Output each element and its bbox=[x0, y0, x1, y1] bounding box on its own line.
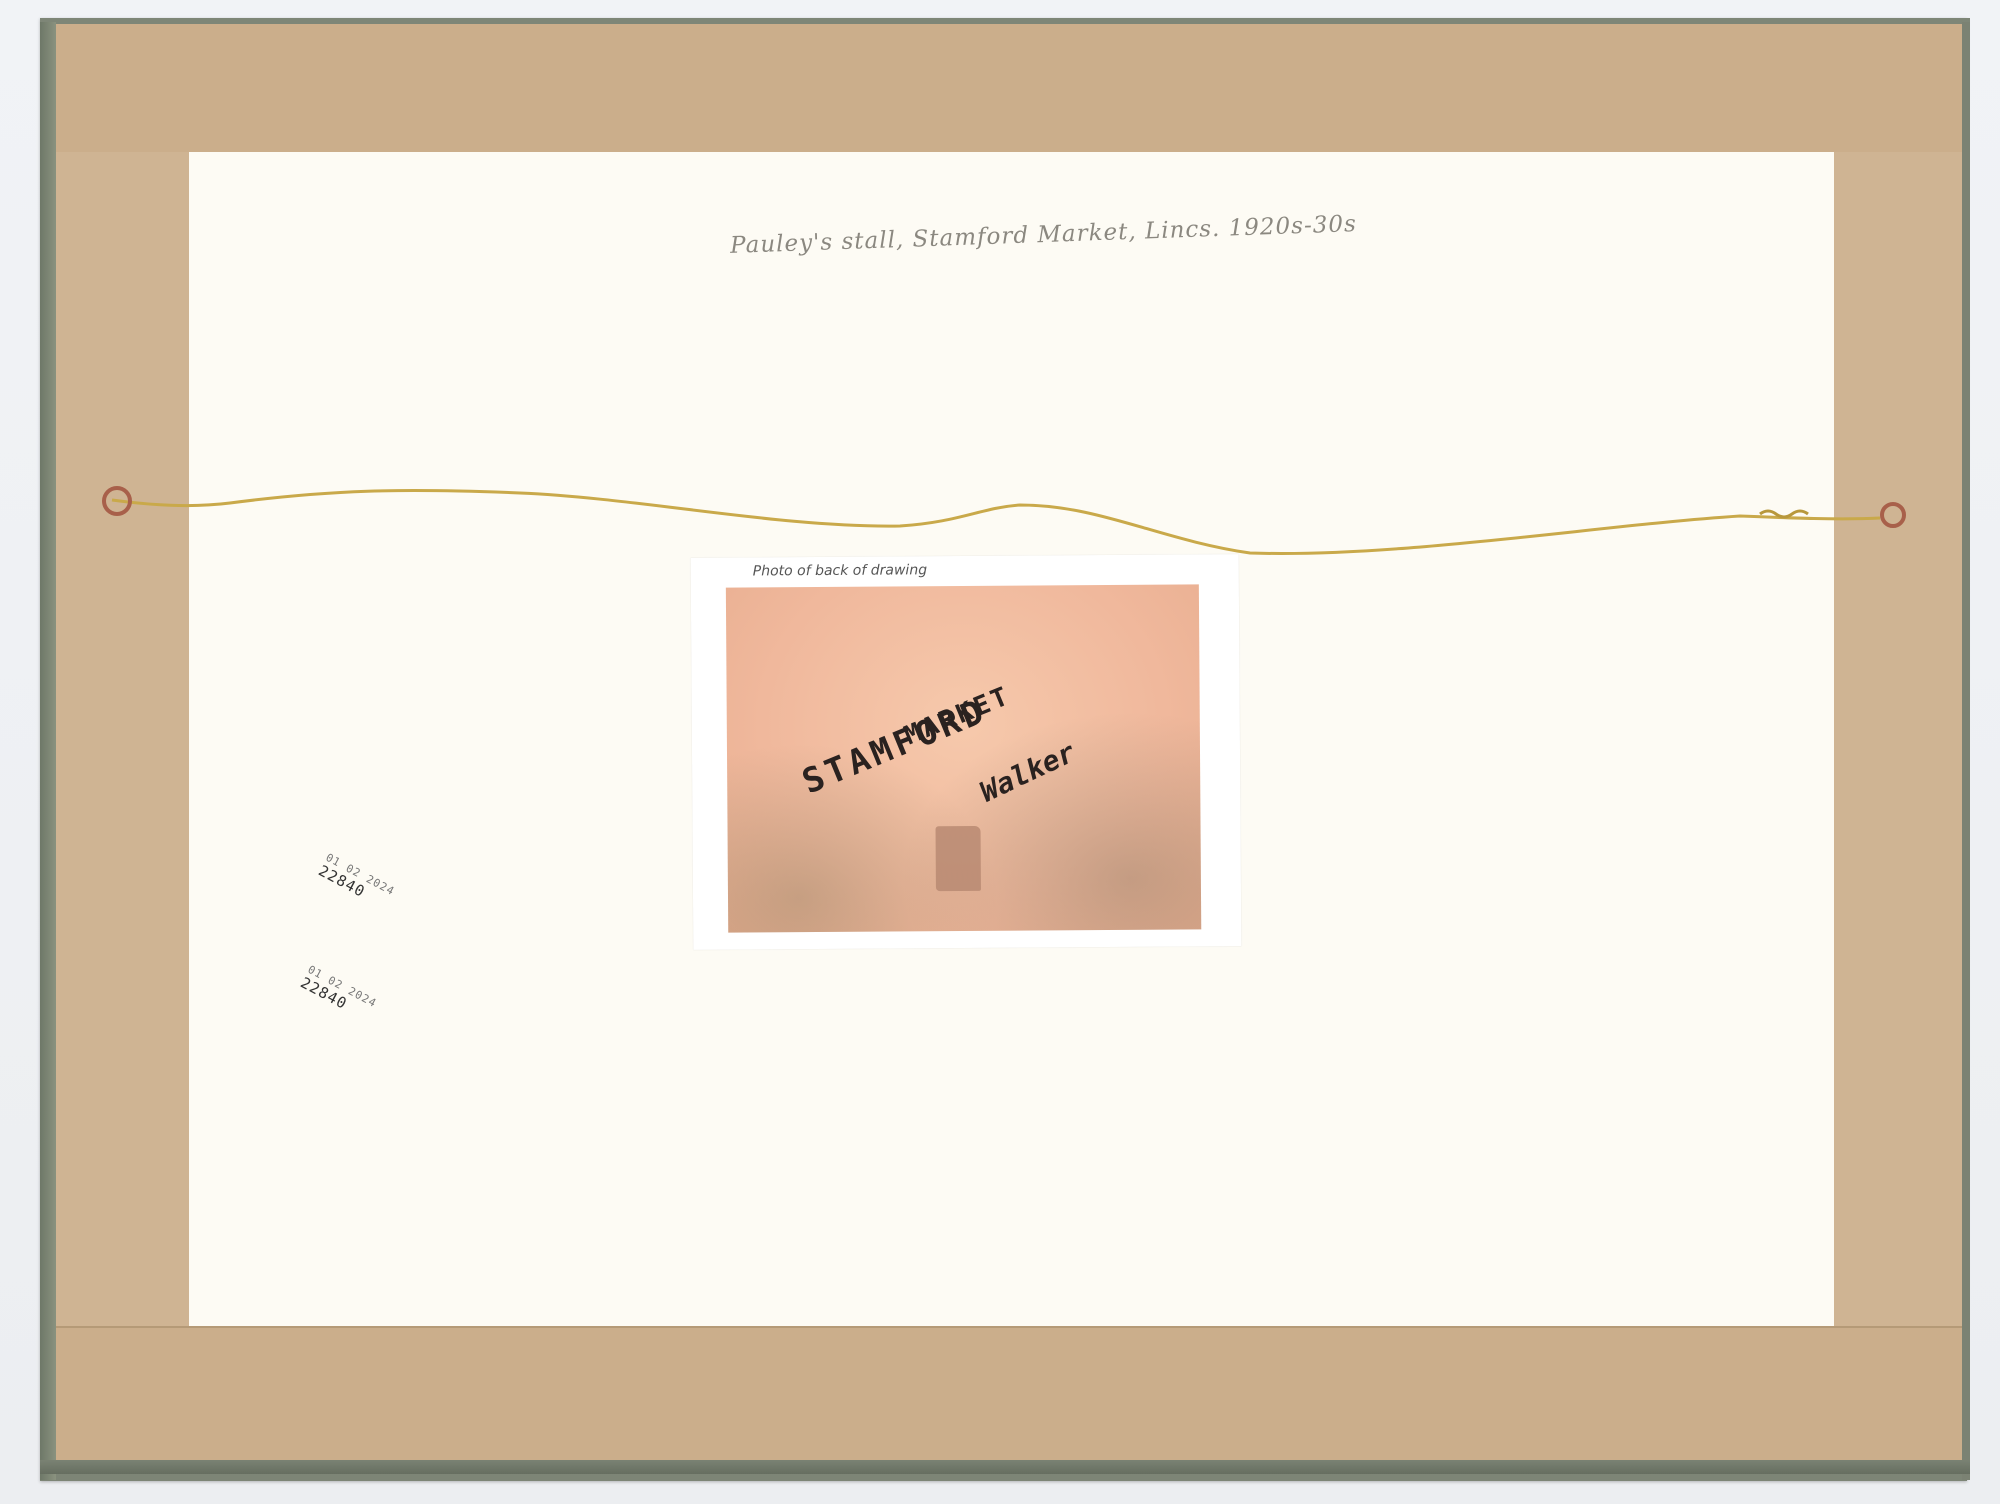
tape-left bbox=[54, 152, 189, 1326]
handwriting-signature: Walker bbox=[975, 735, 1081, 808]
tape-right bbox=[1834, 152, 1964, 1326]
tape-bottom bbox=[54, 1326, 1964, 1463]
photo-caption: Photo of back of drawing bbox=[753, 562, 927, 579]
frame-edge-bottom bbox=[40, 1460, 1970, 1474]
tape-top bbox=[54, 24, 1964, 154]
frame-edge-right bbox=[1962, 22, 1970, 1480]
d-ring-hook-icon bbox=[102, 486, 132, 516]
frame-edge-left bbox=[40, 22, 56, 1480]
tape-residue bbox=[936, 826, 981, 891]
photo-card: Photo of back of drawing STAMFORD MARKET… bbox=[691, 554, 1242, 950]
photo-of-drawing-back: STAMFORD MARKET Walker bbox=[726, 584, 1201, 932]
d-ring-hook-icon bbox=[1880, 502, 1906, 528]
